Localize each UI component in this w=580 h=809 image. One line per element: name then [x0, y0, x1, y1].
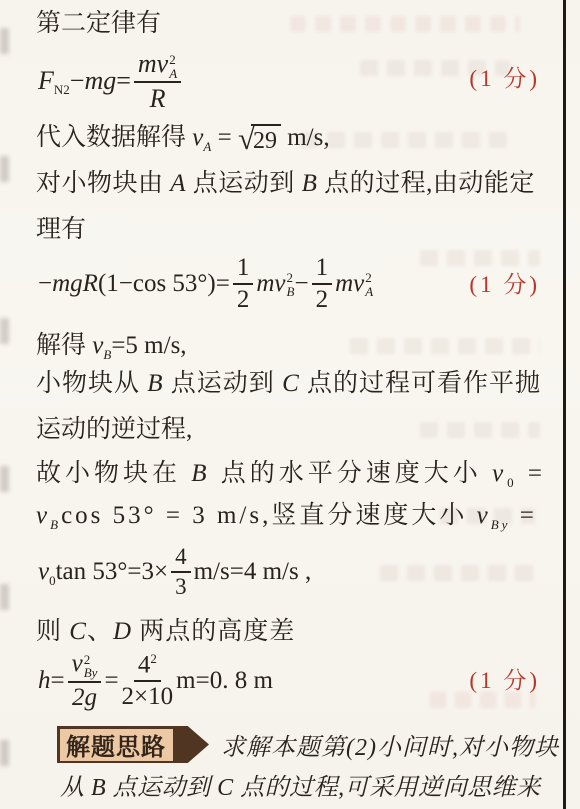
math-var: v	[492, 460, 507, 487]
scan-smudge	[0, 318, 9, 344]
frac-num: 1	[233, 255, 254, 285]
text-segment: 对小物块由	[36, 170, 170, 197]
math-op: =	[104, 667, 118, 695]
math-num: 4	[138, 651, 151, 678]
math-var: B	[191, 460, 210, 487]
text-segment: 点的水平分速度大小	[211, 460, 493, 487]
math-var: v	[38, 558, 49, 586]
fraction: 43	[171, 545, 191, 599]
line-a-to-b-process: 对小物块由 A 点运动到 B 点的过程,由动能定	[36, 168, 535, 200]
scan-smudge	[0, 156, 9, 182]
text-segment: 竖直分速度大小	[271, 502, 476, 529]
math-var: v	[477, 502, 491, 529]
hint-badge-inner: 解题思路	[60, 729, 173, 761]
formula-height: h= v2By 2g = 42 2×10 m=0. 8 m	[38, 648, 273, 714]
text-segment: 运动的逆过程,	[36, 416, 192, 443]
text-segment: 理有	[36, 216, 86, 243]
math-var: B	[91, 775, 106, 801]
bleed-through-artifact	[300, 132, 515, 148]
math-op: =	[510, 502, 536, 529]
math-expr: m=0. 8 m	[176, 667, 273, 695]
frac-num: 1	[312, 255, 333, 285]
radical-sign: √	[238, 123, 255, 154]
line-newton-law-intro: 第二定律有	[36, 8, 161, 40]
line-theorem-cont: 理有	[36, 214, 86, 246]
line-reverse-process: 运动的逆过程,	[36, 414, 192, 446]
math-op: −	[38, 270, 52, 298]
math-var: F	[38, 66, 54, 96]
radicand: 29	[251, 124, 281, 154]
math-sub: By	[84, 666, 98, 680]
math-sup: 2	[365, 271, 372, 285]
math-sup: 2	[150, 651, 157, 666]
math-sub: B	[287, 285, 295, 299]
math-sup: 2	[287, 271, 294, 285]
math-var: C	[282, 370, 300, 397]
frac-den: 2×10	[122, 682, 174, 710]
text-segment: 点运动到	[106, 775, 217, 801]
bleed-through-artifact	[290, 16, 520, 32]
math-expr: =5 m/s,	[111, 332, 186, 359]
text-segment: 代入数据解得	[36, 124, 192, 151]
hint-text-line-1: 求解本题第(2)小问时,对小物块	[221, 727, 559, 762]
text-segment: 两点的高度差	[132, 618, 295, 645]
math-var: mgR	[52, 270, 98, 298]
scan-smudge	[0, 28, 9, 54]
math-var: mv	[256, 270, 285, 298]
score-mark-1: (1 分)	[469, 60, 540, 93]
text-segment: 点运动到	[164, 370, 283, 397]
bleed-through-artifact	[380, 565, 535, 581]
formula-energy-theorem: −mgR(1−cos 53°)= 12 mv2B − 12 mv2A	[38, 254, 373, 314]
text-segment: 则	[36, 618, 69, 645]
math-var: B	[147, 370, 163, 397]
frac-num: 4	[171, 545, 191, 573]
solution-hint-row: 解题思路 求解本题第(2)小问时,对小物块	[57, 726, 559, 763]
text-segment: 小物块从	[36, 370, 147, 397]
fraction: 12	[312, 255, 333, 314]
math-sub: By	[491, 517, 511, 532]
math-var: A	[170, 170, 186, 197]
score-mark-3: (1 分)	[469, 662, 540, 695]
math-expr: (1−cos 53°)=	[98, 270, 230, 298]
math-sub: A	[169, 67, 177, 81]
bleed-through-artifact	[420, 422, 540, 438]
math-var: mv	[335, 270, 364, 298]
math-var: C	[69, 618, 87, 645]
scanned-solution-page: 第二定律有 FN2−mg= mv2A R (1 分) 代入数据解得 vA = √…	[0, 0, 580, 809]
formula-vby-value: v0tan 53°=3× 43 m/s=4 m/s ,	[38, 544, 311, 600]
line-vertical-velocity: vBcos 53° = 3 m/s,竖直分速度大小 vBy =	[36, 500, 537, 541]
text-segment: 点的过程,由动能定	[317, 170, 535, 197]
text-segment: 解得	[36, 332, 92, 359]
math-var: D	[113, 618, 132, 645]
frac-den: 2	[316, 285, 329, 313]
hint-text-line-2: 从 B 点运动到 C 点的过程,可采用逆向思维来	[60, 772, 541, 804]
math-op: =	[116, 66, 131, 96]
text-segment: 点运动到	[186, 170, 302, 197]
text-segment: 点的过程可看作平抛	[300, 370, 541, 397]
math-var: mv	[138, 49, 168, 78]
math-sub: 0	[507, 475, 518, 490]
page-edge-rule	[563, 0, 566, 809]
line-horizontal-velocity: 故小物块在 B 点的水平分速度大小 v0 =	[36, 458, 546, 499]
sqrt-expression: √29	[238, 124, 281, 155]
text-segment: 故小物块在	[36, 460, 191, 487]
math-op: =	[51, 667, 65, 695]
hint-badge: 解题思路	[57, 726, 209, 763]
math-expr: m/s=4 m/s ,	[194, 558, 312, 586]
math-sub: N2	[54, 82, 70, 98]
frac-den: 3	[175, 573, 187, 599]
score-mark-2: (1 分)	[469, 266, 540, 299]
math-sub: A	[365, 285, 373, 299]
text-segment: 第二定律有	[36, 10, 161, 37]
math-var: v	[36, 502, 50, 529]
scan-smudge	[0, 740, 9, 766]
scan-smudge	[0, 584, 9, 610]
math-expr: cos 53° = 3 m/s,	[61, 502, 271, 529]
math-var: 2g	[72, 683, 97, 711]
text-segment: 点的过程,可采用逆向思维来	[234, 775, 541, 801]
math-op: −	[70, 66, 85, 96]
math-var: v	[92, 332, 103, 359]
math-var: v	[72, 650, 83, 677]
text-segment: 从	[60, 775, 91, 801]
line-solve-va: 代入数据解得 vA = √29 m/s,	[36, 122, 330, 163]
frac-den: 2	[237, 285, 250, 313]
math-op: =	[518, 460, 546, 487]
text-segment: 、	[87, 618, 113, 645]
bleed-through-artifact	[350, 338, 540, 354]
math-var: h	[38, 667, 51, 695]
line-b-to-c-projectile: 小物块从 B 点运动到 C 点的过程可看作平抛	[36, 368, 541, 400]
math-sup: 2	[169, 53, 176, 67]
math-sub: 0	[49, 573, 56, 589]
line-height-difference-intro: 则 C、D 两点的高度差	[36, 616, 295, 648]
hint-badge-label: 解题思路	[66, 727, 166, 762]
math-op: −	[294, 270, 308, 298]
fraction: 42 2×10	[122, 652, 174, 711]
math-var: v	[192, 124, 203, 151]
scan-smudge	[0, 466, 9, 492]
math-sub: B	[50, 517, 61, 532]
fraction: mv2A R	[134, 50, 181, 113]
math-var: B	[302, 170, 318, 197]
math-op: =	[211, 124, 238, 151]
bleed-through-artifact	[420, 250, 540, 266]
math-var: C	[217, 775, 234, 801]
math-var: mg	[84, 66, 116, 96]
math-unit: m/s,	[281, 124, 330, 151]
formula-normal-force: FN2−mg= mv2A R	[38, 44, 184, 118]
line-solve-vb: 解得 vB=5 m/s,	[36, 330, 187, 371]
fraction: v2By 2g	[68, 651, 102, 711]
fraction: 12	[233, 255, 254, 314]
math-var: R	[150, 83, 166, 112]
math-expr: tan 53°=3×	[56, 558, 169, 586]
math-sup: 2	[84, 653, 91, 667]
